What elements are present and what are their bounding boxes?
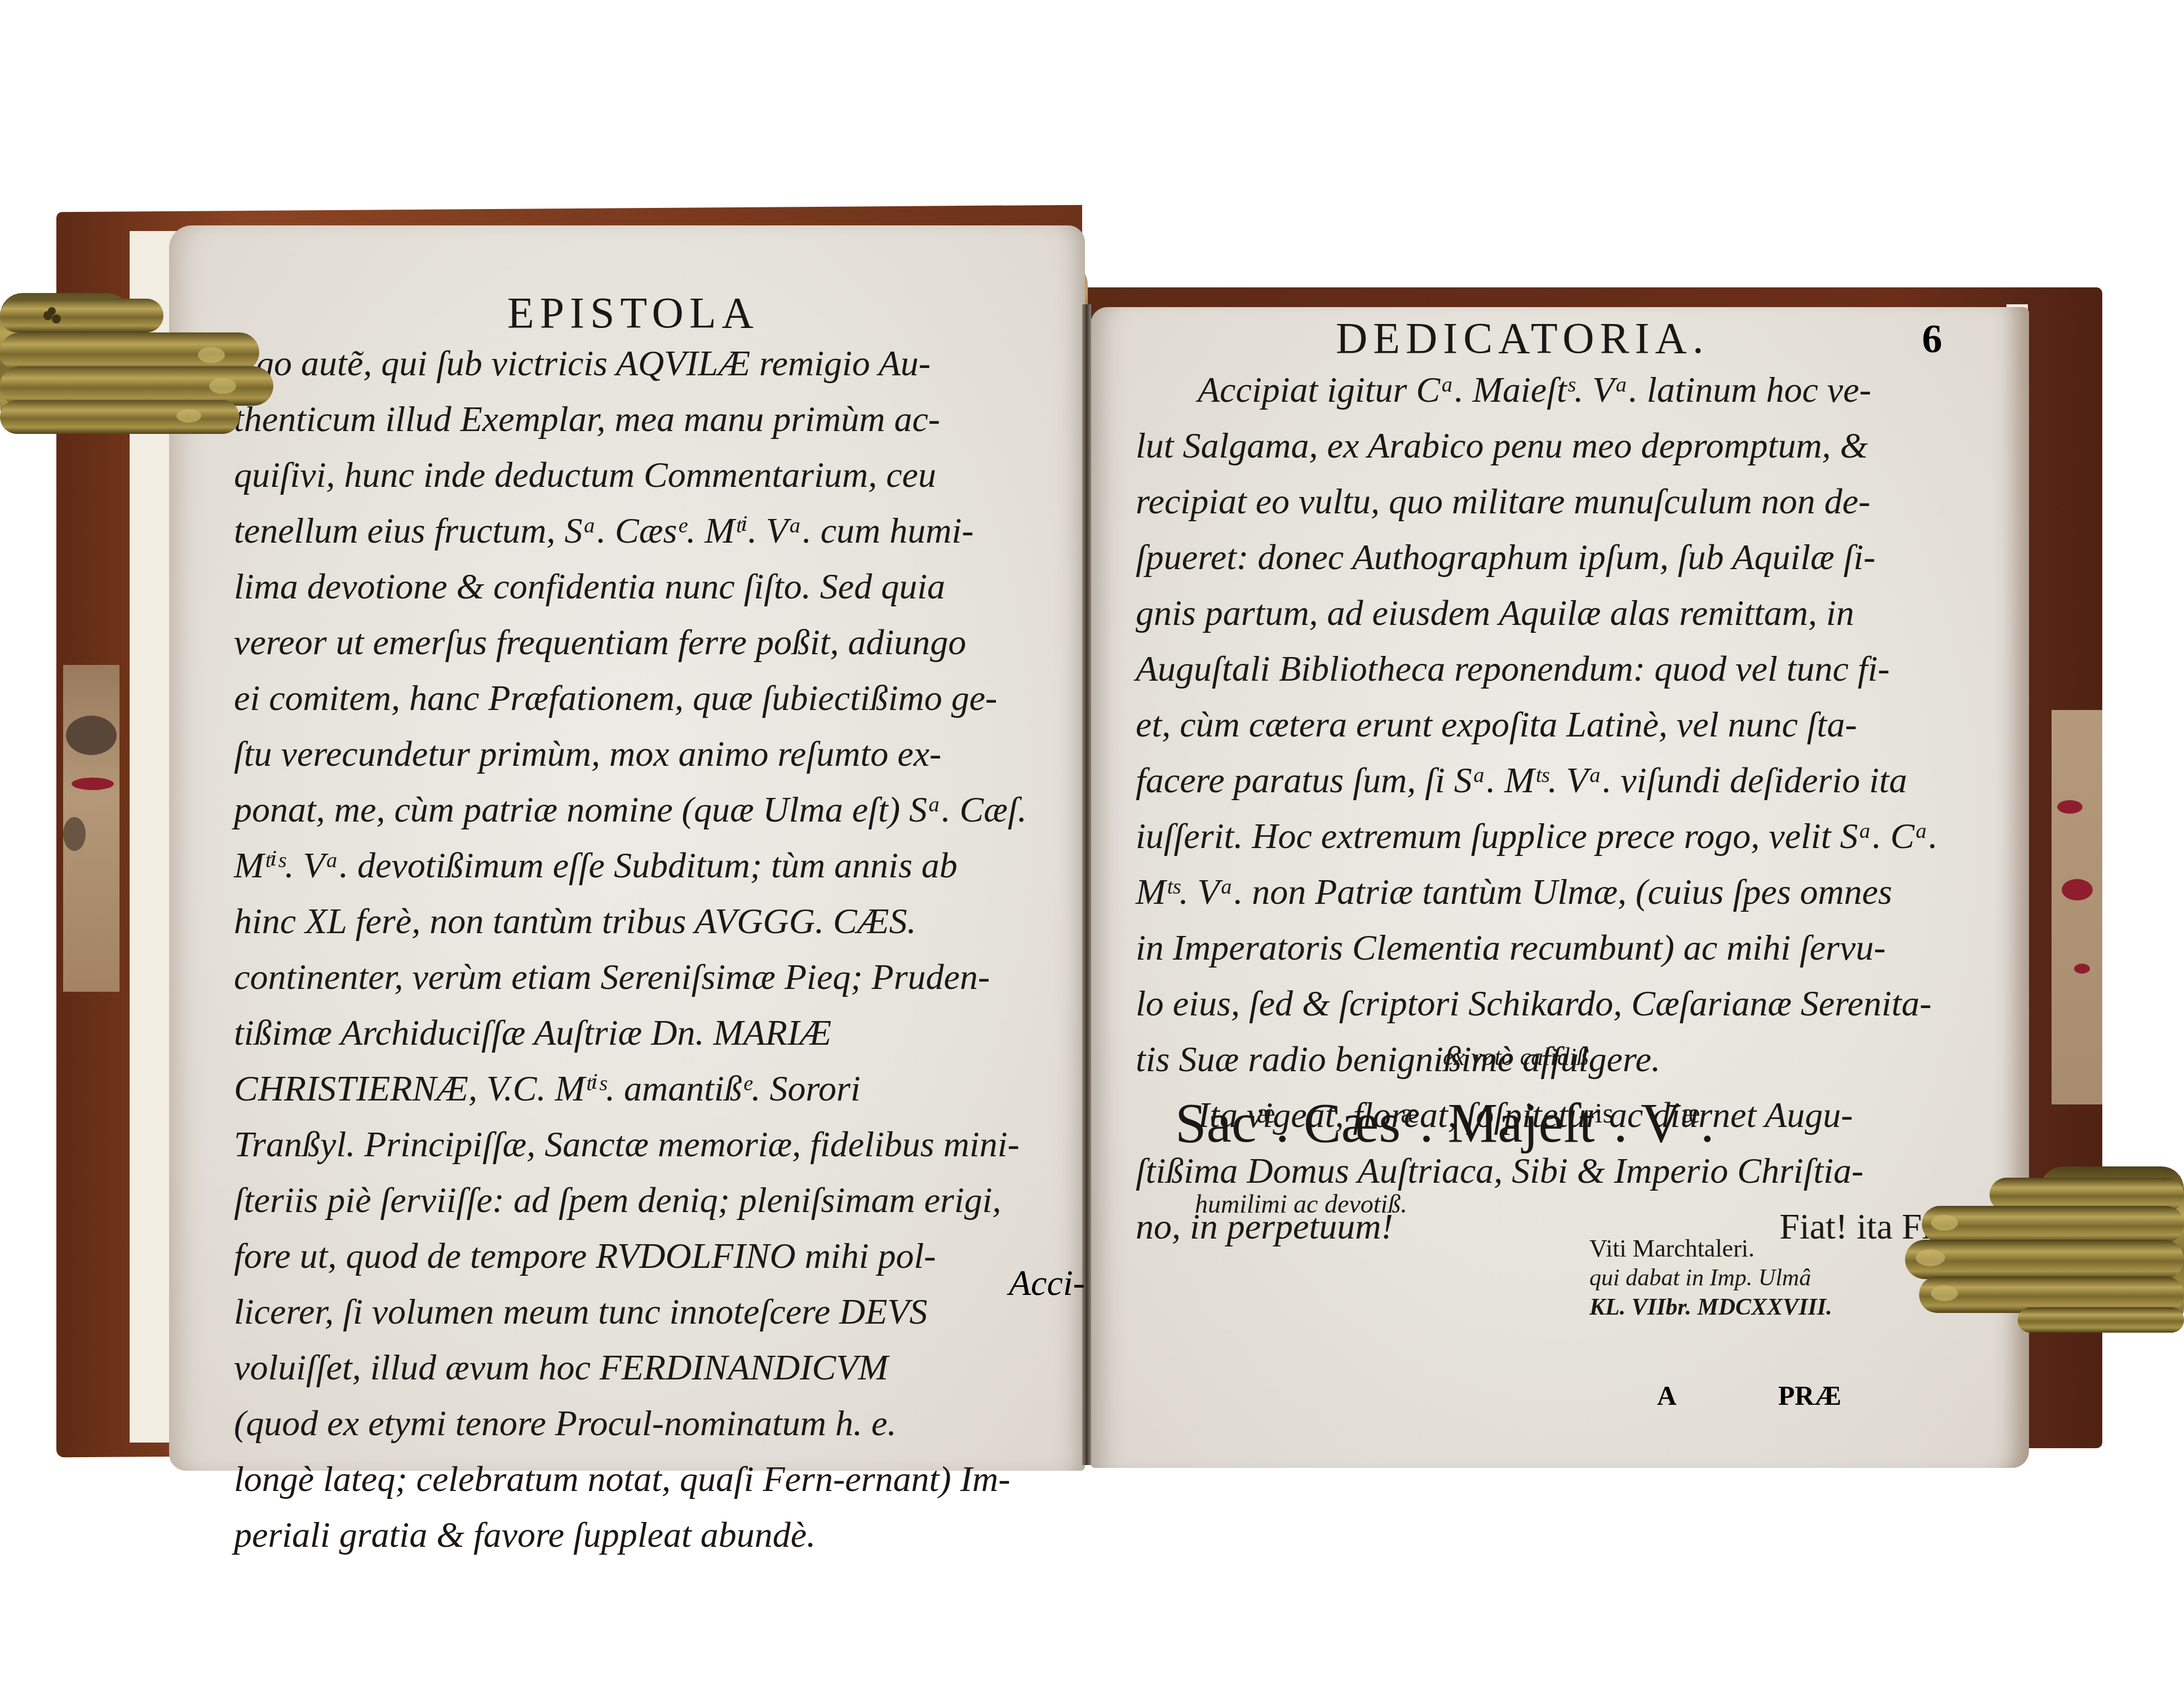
text-line: lo eius, ſed & ſcriptori Schikardo, Cæſa… bbox=[1136, 975, 1970, 1031]
text-line: facere paratus ſum, ſi Sᵃ. Mᵗˢ. Vᵃ. viſu… bbox=[1136, 752, 1970, 808]
signature-date: KL. VIIbr. MDCXXVIII. bbox=[1589, 1293, 1832, 1322]
running-head-right: DEDICATORIA. bbox=[1336, 313, 1709, 363]
text-line: ei comitem, hanc Præfationem, quæ ſubiec… bbox=[234, 670, 1027, 726]
text-line: quiſivi, hunc inde deductum Commentarium… bbox=[234, 447, 1027, 503]
signature-block: Viti Marchtaleri. qui dabat in Imp. Ulmâ… bbox=[1589, 1234, 1832, 1322]
text-line: Auguſtali Bibliotheca reponendum: quod v… bbox=[1136, 641, 1970, 696]
page-number: 6 bbox=[1922, 316, 1942, 362]
text-line: Tranßyl. Principiſſæ, Sanctæ memoriæ, fi… bbox=[234, 1116, 1027, 1172]
marbled-board-right bbox=[2052, 710, 2102, 1104]
brass-hand-weight-right-icon bbox=[1905, 1133, 2184, 1335]
marbled-board-left bbox=[63, 665, 119, 992]
text-line: ſteriis piè ſerviiſſe: ad ſpem deniq; pl… bbox=[234, 1172, 1027, 1228]
running-head-left: EPISTOLA bbox=[507, 287, 759, 338]
text-line: in Imperatoris Clementia recumbunt) ac m… bbox=[1136, 920, 1970, 975]
text-line: periali gratia & favore ſuppleat abundè. bbox=[234, 1507, 1027, 1563]
catchword-right: PRÆ bbox=[1778, 1381, 1841, 1412]
text-line: Mᵗˢ. Vᵃ. non Patriæ tantùm Ulmæ, (cuius … bbox=[1136, 864, 1970, 920]
text-line: lut Salgama, ex Arabico penu meo depromp… bbox=[1136, 418, 1970, 473]
text-line: licerer, ſi volumen meum tunc innoteſcer… bbox=[234, 1284, 1027, 1339]
text-line: gnis partum, ad eiusdem Aquilæ alas remi… bbox=[1136, 585, 1970, 641]
text-line: Mᵗⁱˢ. Vᵃ. devotißimum eſſe Subditum; tùm… bbox=[234, 837, 1027, 893]
text-line: et, cùm cætera erunt expoſita Latinè, ve… bbox=[1136, 696, 1970, 752]
text-line: ponat, me, cùm patriæ nomine (quæ Ulma e… bbox=[234, 782, 1027, 837]
signature-mark: A bbox=[1657, 1381, 1677, 1412]
text-line: Accipiat igitur Cᵃ. Maieſtˢ. Vᵃ. latinum… bbox=[1136, 362, 1970, 418]
text-line: CHRISTIERNÆ, V.C. Mᵗⁱˢ. amantißᵉ. Sorori bbox=[234, 1060, 1027, 1116]
text-line: voluiſſet, illud ævum hoc FERDINANDICVM bbox=[234, 1339, 1027, 1395]
text-line: recipiat eo vultu, quo militare munuſcul… bbox=[1136, 473, 1970, 529]
catchword-left: Acci- bbox=[1009, 1262, 1085, 1304]
text-line: Ego autẽ, qui ſub victricis AQVILÆ remig… bbox=[234, 335, 1027, 391]
text-line: fore ut, quod de tempore RVDOLFINO mihi … bbox=[234, 1228, 1027, 1284]
text-line: ſtu verecundetur primùm, mox animo reſum… bbox=[234, 726, 1027, 782]
signatory-name: Viti Marchtaleri. bbox=[1589, 1234, 1832, 1263]
text-line: vereor ut emerſus frequentiam ferre poßi… bbox=[234, 614, 1027, 670]
signature-place: qui dabat in Imp. Ulmâ bbox=[1589, 1263, 1832, 1293]
text-line: hinc XL ferè, non tantùm tribus AVGGG. C… bbox=[234, 893, 1027, 949]
text-line: lima devotione & confidentia nunc ſiſto.… bbox=[234, 558, 1027, 614]
text-line: ſpueret: donec Authographum ipſum, ſub A… bbox=[1136, 529, 1970, 585]
brass-hand-weight-left-icon bbox=[0, 282, 276, 445]
left-page-body: Ego autẽ, qui ſub victricis AQVILÆ remig… bbox=[234, 335, 1027, 1563]
text-line: longè lateq; celebratum notat, quaſi Fer… bbox=[234, 1451, 1027, 1507]
majesty-dedication: Sacæ. Cæsæ. Majeſtis. Væ. bbox=[1175, 1057, 1715, 1162]
humility-formula: humilimi ac devotiß. bbox=[1195, 1189, 1407, 1219]
text-line: iuſſerit. Hoc extremum ſupplice prece ro… bbox=[1136, 808, 1970, 864]
text-line: tißimæ Archiduciſſæ Auſtriæ Dn. MARIÆ bbox=[234, 1005, 1027, 1060]
text-line: tenellum eius fructum, Sᵃ. Cæsᵉ. Mᵗⁱ. Vᵃ… bbox=[234, 503, 1027, 558]
text-line: (quod ex etymi tenore Procul-nominatum h… bbox=[234, 1395, 1027, 1451]
text-line: thenticum illud Exemplar, mea manu primù… bbox=[234, 391, 1027, 447]
text-line: continenter, verùm etiam Sereniſsimæ Pie… bbox=[234, 949, 1027, 1005]
